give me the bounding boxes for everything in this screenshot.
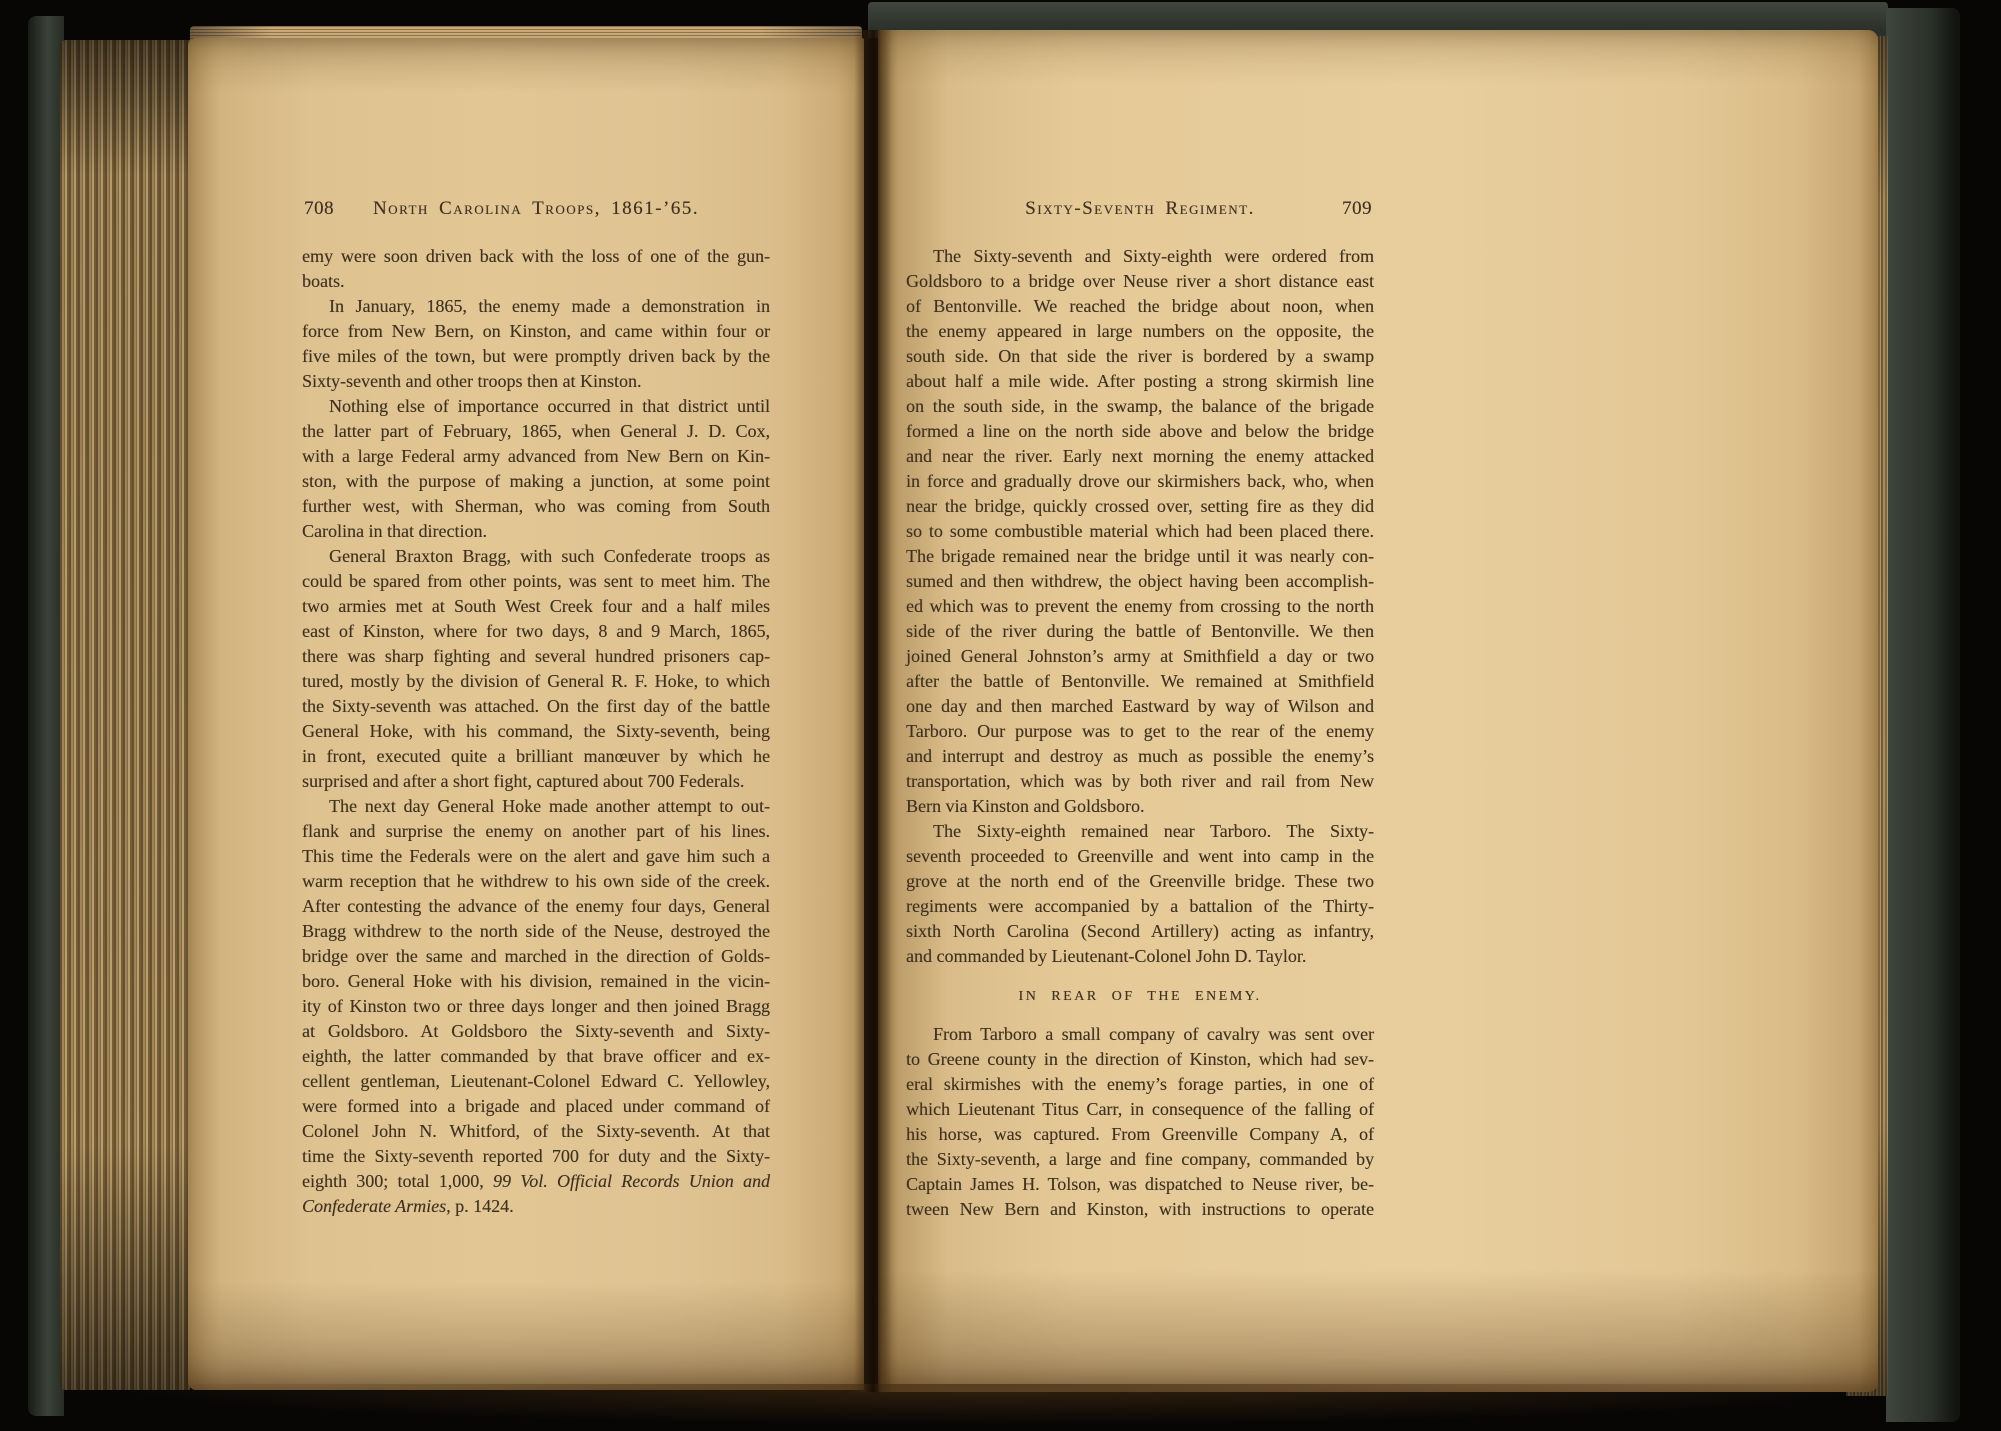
text-line: boats. [302,269,770,294]
text-line: in force and gradually drove our skirmis… [906,469,1374,494]
text-line: south side. On that side the river is bo… [906,344,1374,369]
text-line: further west, with Sherman, who was comi… [302,494,770,519]
page-number: 708 [304,198,334,220]
running-header: Sixty-Seventh Regiment. [906,198,1374,220]
text-line: to Greene county in the direction of Kin… [906,1047,1374,1072]
text-line: were formed into a brigade and placed un… [302,1094,770,1119]
text-line: could be spared from other points, was s… [302,569,770,594]
text-line: formed a line on the north side above an… [906,419,1374,444]
paragraph: emy were soon driven back with the loss … [302,244,770,294]
text-line: two armies met at South West Creek four … [302,594,770,619]
text-line: flank and surprise the enemy on another … [302,819,770,844]
text-line: Tarboro. Our purpose was to get to the r… [906,719,1374,744]
text-line: after the battle of Bentonville. We rema… [906,669,1374,694]
text-line: of Bentonville. We reached the bridge ab… [906,294,1374,319]
text-line: After contesting the advance of the enem… [302,894,770,919]
text-line: time the Sixty-seventh reported 700 for … [302,1144,770,1169]
text-line: with a large Federal army advanced from … [302,444,770,469]
text-line: so to some combustible material which ha… [906,519,1374,544]
page-stack-left [60,40,190,1390]
text-line: From Tarboro a small company of cavalry … [906,1022,1374,1047]
paragraph: The next day General Hoke made another a… [302,794,770,1219]
text-line: there was sharp fighting and several hun… [302,644,770,669]
text-line: The Sixty-seventh and Sixty-eighth were … [906,244,1374,269]
text-line: Sixty-seventh and other troops then at K… [302,369,770,394]
paragraph: Nothing else of importance occurred in t… [302,394,770,544]
text-line: eral skirmishes with the enemy’s forage … [906,1072,1374,1097]
text-line: joined General Johnston’s army at Smithf… [906,644,1374,669]
right-page-body: The Sixty-seventh and Sixty-eighth were … [906,244,1374,1222]
text-line: In January, 1865, the enemy made a demon… [302,294,770,319]
text-line: tured, mostly by the division of General… [302,669,770,694]
paragraph: General Braxton Bragg, with such Confede… [302,544,770,794]
running-header: North Carolina Troops, 1861-’65. [302,198,770,220]
text-line: in front, executed quite a brilliant man… [302,744,770,769]
photo-background: 708 North Carolina Troops, 1861-’65. emy… [0,0,2001,1431]
text-line: emy were soon driven back with the loss … [302,244,770,269]
text-line: east of Kinston, where for two days, 8 a… [302,619,770,644]
left-page-body: emy were soon driven back with the loss … [302,244,770,1219]
text-line: Bragg withdrew to the north side of the … [302,919,770,944]
text-line: the Sixty-seventh was attached. On the f… [302,694,770,719]
left-page-content: 708 North Carolina Troops, 1861-’65. emy… [302,198,770,1219]
paragraph: From Tarboro a small company of cavalry … [906,1022,1374,1222]
text-line: the latter part of February, 1865, when … [302,419,770,444]
text-line: ity of Kinston two or three days longer … [302,994,770,1019]
text-line: Goldsboro to a bridge over Neuse river a… [906,269,1374,294]
text-line: regiments were accompanied by a battalio… [906,894,1374,919]
book-cover-right-edge [1886,8,1960,1422]
text-line: grove at the north end of the Greenville… [906,869,1374,894]
text-line: seventh proceeded to Greenville and went… [906,844,1374,869]
section-heading: IN REAR OF THE ENEMY. [906,984,1374,1009]
right-page-header: Sixty-Seventh Regiment. 709 [906,198,1374,228]
text-line: Bern via Kinston and Goldsboro. [906,794,1374,819]
text-line: Captain James H. Tolson, was dispatched … [906,1172,1374,1197]
text-line: eighth, the latter commanded by that bra… [302,1044,770,1069]
text-line: The brigade remained near the bridge unt… [906,544,1374,569]
text-line: on the south side, in the swamp, the bal… [906,394,1374,419]
text-line: which Lieutenant Titus Carr, in conseque… [906,1097,1374,1122]
text-line: and commanded by Lieutenant-Colonel John… [906,944,1374,969]
text-line: General Braxton Bragg, with such Confede… [302,544,770,569]
book-shadow [110,1384,1890,1424]
paragraph: The Sixty-eighth remained near Tarboro. … [906,819,1374,969]
text-line: boro. General Hoke with his division, re… [302,969,770,994]
right-page-content: Sixty-Seventh Regiment. 709 The Sixty-se… [906,198,1374,1222]
text-line: Colonel John N. Whitford, of the Sixty-s… [302,1119,770,1144]
text-line: Nothing else of importance occurred in t… [302,394,770,419]
text-line: ston, with the purpose of making a junct… [302,469,770,494]
text-line: surprised and after a short fight, captu… [302,769,770,794]
paragraph: The Sixty-seventh and Sixty-eighth were … [906,244,1374,819]
left-page-header: 708 North Carolina Troops, 1861-’65. [302,198,770,228]
text-line: five miles of the town, but were promptl… [302,344,770,369]
text-line: warm reception that he withdrew to his o… [302,869,770,894]
text-line: cellent gentleman, Lieutenant-Colonel Ed… [302,1069,770,1094]
text-line: transportation, which was by both river … [906,769,1374,794]
text-line: the enemy appeared in large numbers on t… [906,319,1374,344]
text-line: Carolina in that direction. [302,519,770,544]
text-line: This time the Federals were on the alert… [302,844,770,869]
book-gutter [854,30,892,1392]
text-line: Confederate Armies, p. 1424. [302,1194,770,1219]
text-line: The Sixty-eighth remained near Tarboro. … [906,819,1374,844]
text-line: and near the river. Early next morning t… [906,444,1374,469]
text-line: ed which was to prevent the enemy from c… [906,594,1374,619]
text-line: eighth 300; total 1,000, 99 Vol. Officia… [302,1169,770,1194]
text-line: General Hoke, with his command, the Sixt… [302,719,770,744]
text-line: tween New Bern and Kinston, with instruc… [906,1197,1374,1222]
text-line: and interrupt and destroy as much as pos… [906,744,1374,769]
text-line: his horse, was captured. From Greenville… [906,1122,1374,1147]
page-number: 709 [1342,198,1372,220]
paragraph: In January, 1865, the enemy made a demon… [302,294,770,394]
text-line: sixth North Carolina (Second Artillery) … [906,919,1374,944]
text-line: the Sixty-seventh, a large and fine comp… [906,1147,1374,1172]
text-line: bridge over the same and marched in the … [302,944,770,969]
text-line: at Goldsboro. At Goldsboro the Sixty-sev… [302,1019,770,1044]
text-line: sumed and then withdrew, the object havi… [906,569,1374,594]
text-line: force from New Bern, on Kinston, and cam… [302,319,770,344]
text-line: about half a mile wide. After posting a … [906,369,1374,394]
text-line: near the bridge, quickly crossed over, s… [906,494,1374,519]
text-line: The next day General Hoke made another a… [302,794,770,819]
text-line: one day and then marched Eastward by way… [906,694,1374,719]
text-line: side of the river during the battle of B… [906,619,1374,644]
book-cover-left-edge [28,16,64,1416]
